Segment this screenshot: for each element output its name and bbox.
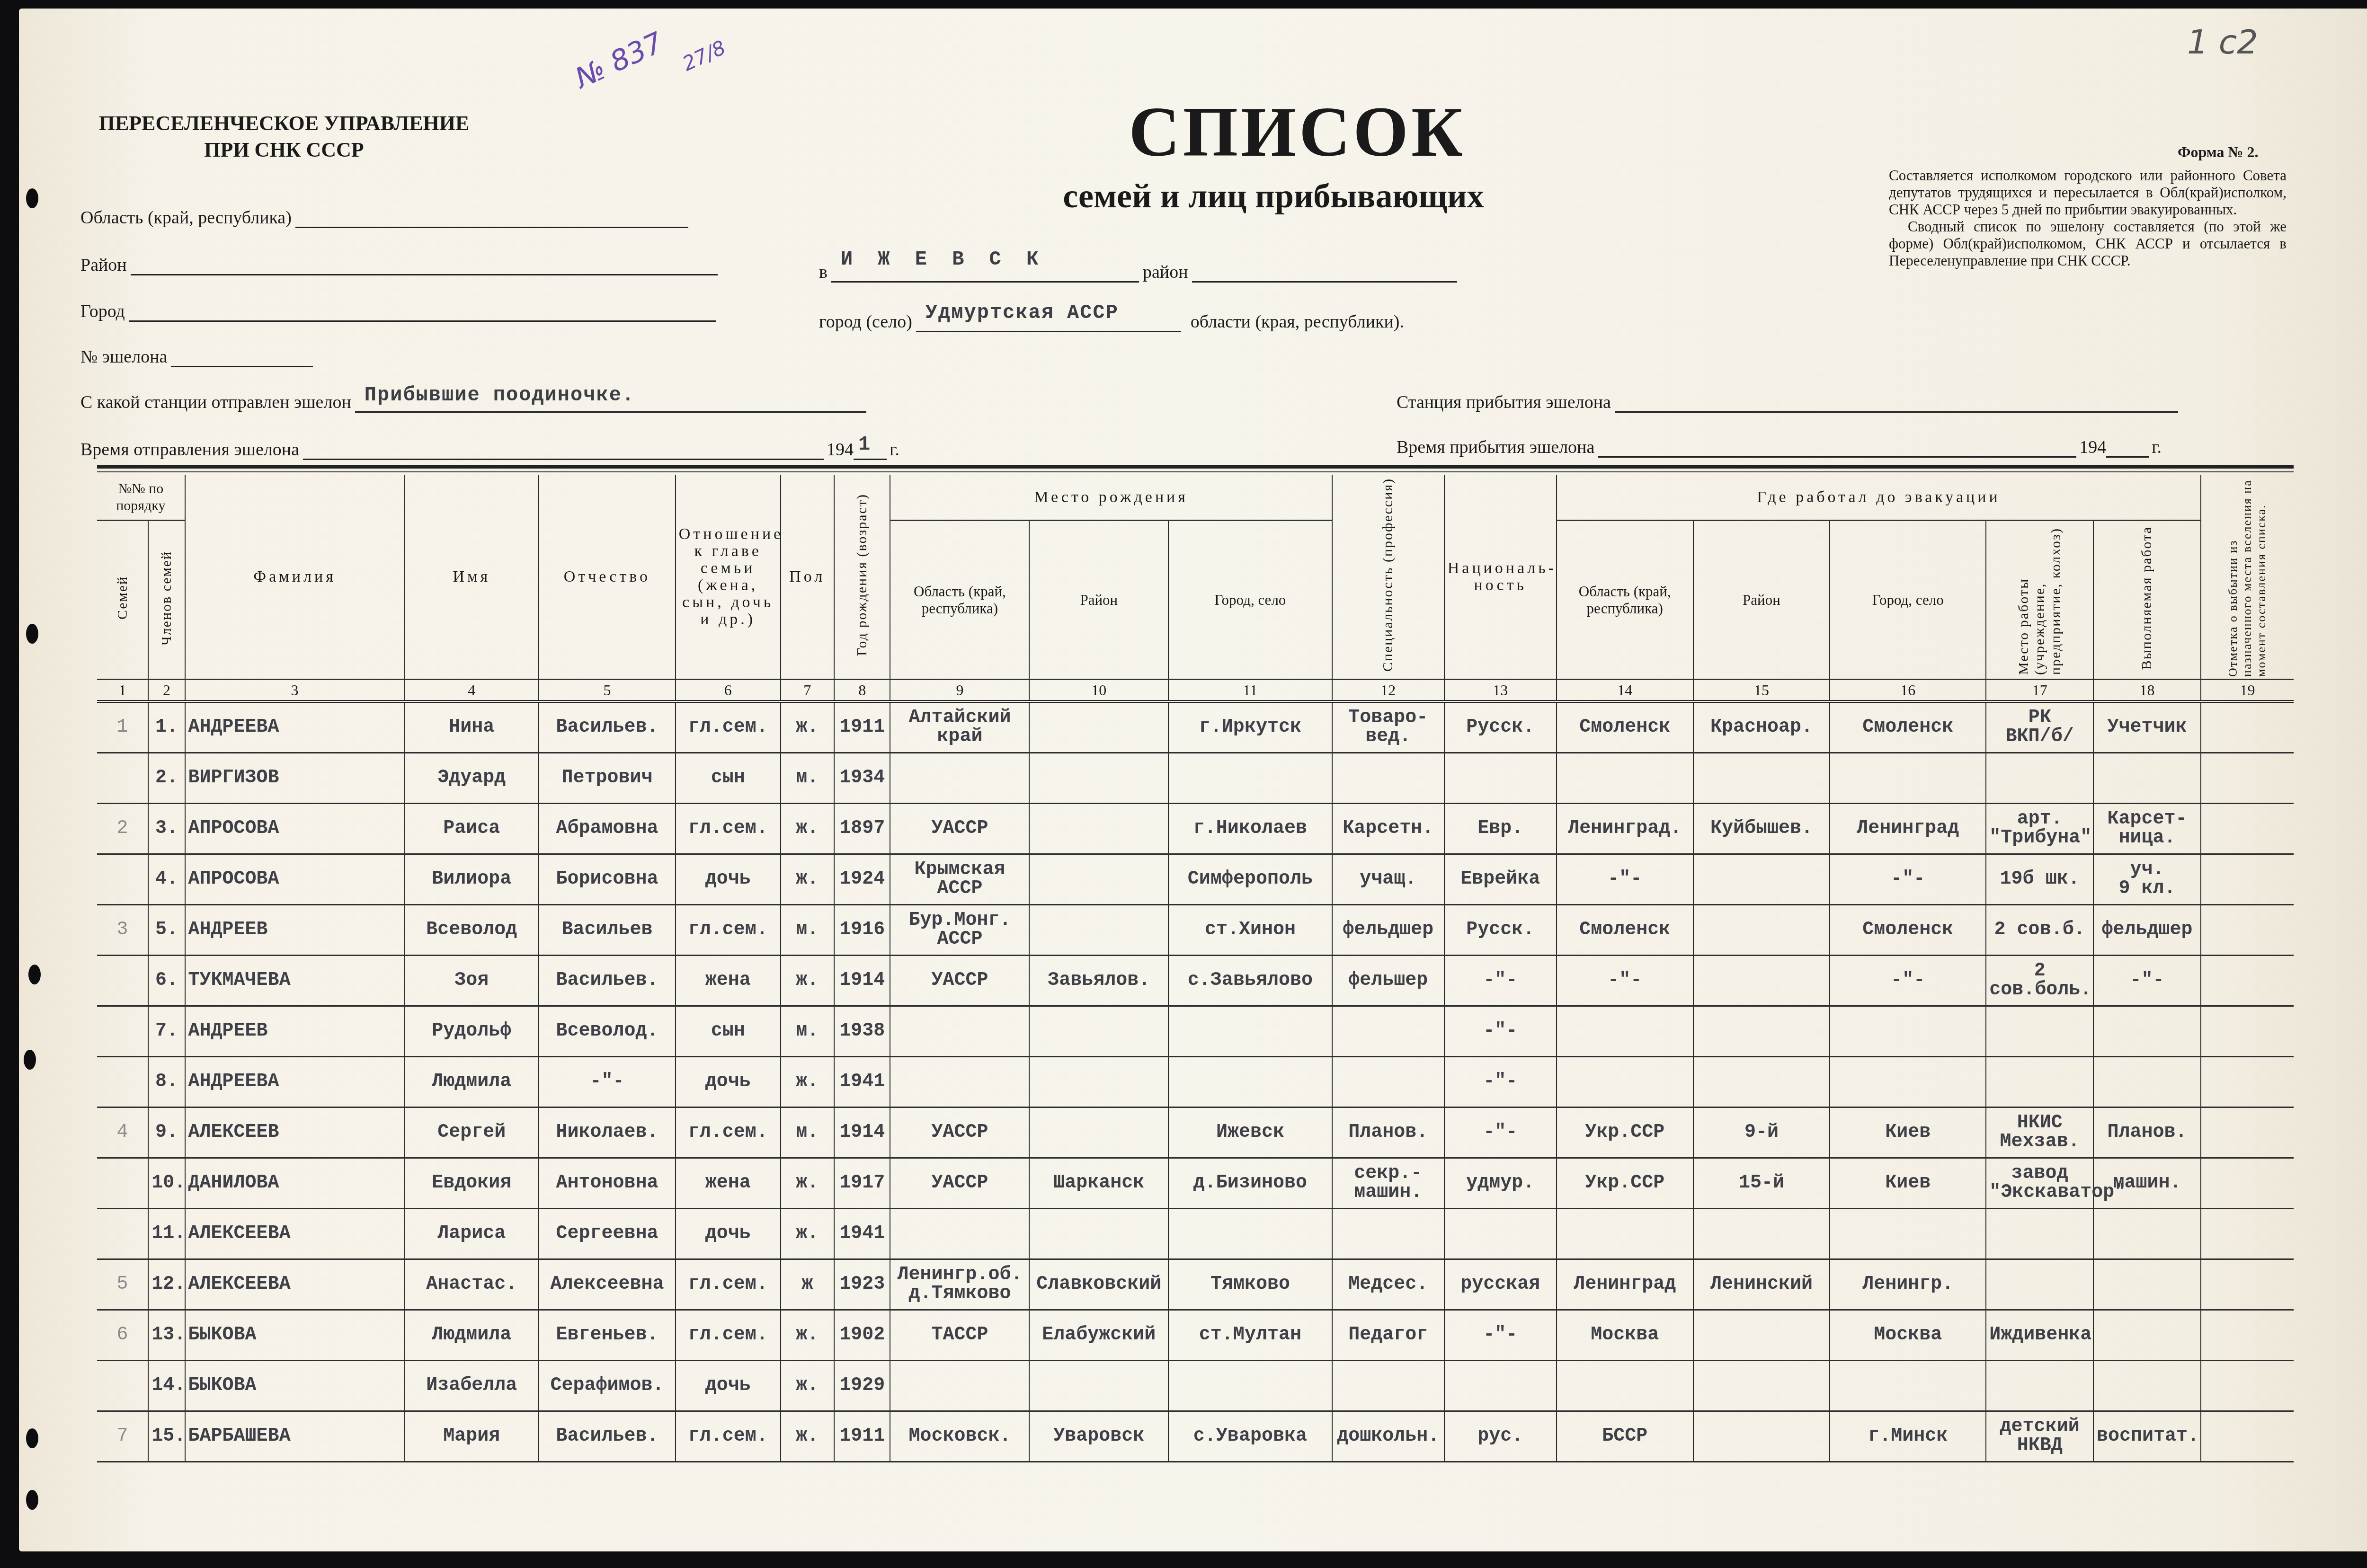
cell-birth-city: г.Николаев xyxy=(1168,804,1332,854)
cell-departure-note xyxy=(2201,701,2294,753)
cell-member-no: 10. xyxy=(148,1158,185,1209)
cell-birth-city: Ижевск xyxy=(1168,1107,1332,1158)
cell-job xyxy=(2093,1361,2201,1411)
cell-profession: дошкольн. xyxy=(1332,1411,1444,1462)
cell-work-city: Смоленск xyxy=(1830,905,1986,956)
cell-departure-note xyxy=(2201,1006,2294,1057)
cell-sex: ж. xyxy=(781,854,834,905)
cell-birth-year: 1902 xyxy=(834,1310,890,1361)
cell-relation: гл.сем. xyxy=(676,1107,781,1158)
field-arrival-time[interactable]: Время прибытия эшелона 194 г. xyxy=(1397,437,2162,458)
cell-work-city xyxy=(1830,1057,1986,1107)
cell-relation: гл.сем. xyxy=(676,1310,781,1361)
cell-work-oblast: -"- xyxy=(1557,854,1693,905)
table-row: 11.АЛЕКСЕЕВАЛарисаСергеевнадочьж.1941 xyxy=(97,1209,2294,1259)
cell-relation: гл.сем. xyxy=(676,804,781,854)
cell-birth-city: д.Бизиново xyxy=(1168,1158,1332,1209)
cell-sex: м. xyxy=(781,753,834,804)
cell-patronymic: Всеволод. xyxy=(539,1006,676,1057)
field-oblast-label: Область (край, республика) xyxy=(80,207,292,228)
form-instructions: Составляется исполкомом городского или р… xyxy=(1889,167,2287,269)
cell-profession xyxy=(1332,1057,1444,1107)
table-row: 4.АПРОСОВАВилиораБорисовнадочьж.1924Крым… xyxy=(97,854,2294,905)
cell-first-name: Раиса xyxy=(405,804,539,854)
cell-patronymic: Сергеевна xyxy=(539,1209,676,1259)
cell-workplace xyxy=(1986,1259,2093,1310)
cell-birth-oblast: Московск. xyxy=(890,1411,1029,1462)
cell-birth-city xyxy=(1168,1057,1332,1107)
cell-birth-year: 1914 xyxy=(834,956,890,1006)
cell-work-rayon xyxy=(1693,1057,1830,1107)
col-header-7: Пол xyxy=(781,475,834,680)
cell-departure-note xyxy=(2201,1411,2294,1462)
cell-work-oblast: Ленинград xyxy=(1557,1259,1693,1310)
field-oblast[interactable]: Область (край, республика) xyxy=(80,207,688,228)
table-row: 35.АНДРЕЕВВсеволодВасильевгл.сем.м.1916Б… xyxy=(97,905,2294,956)
cell-workplace xyxy=(1986,1361,2093,1411)
header-divider-thin xyxy=(97,471,2294,472)
cell-first-name: Евдокия xyxy=(405,1158,539,1209)
cell-member-no: 6. xyxy=(148,956,185,1006)
group-header-work: Где работал до эвакуации xyxy=(1557,475,2201,521)
cell-birth-year: 1911 xyxy=(834,701,890,753)
cell-birth-rayon: Завьялов. xyxy=(1029,956,1168,1006)
cell-job: Учетчик xyxy=(2093,701,2201,753)
form-sheet: ПЕРЕСЕЛЕНЧЕСКОЕ УПРАВЛЕНИЕ ПРИ СНК СССР … xyxy=(19,9,2367,1551)
cell-patronymic: Серафимов. xyxy=(539,1361,676,1411)
cell-sex: ж xyxy=(781,1259,834,1310)
cell-sex: м. xyxy=(781,905,834,956)
cell-patronymic: Васильев. xyxy=(539,701,676,753)
destination-region-value: Удмуртская АССР xyxy=(925,301,1119,324)
cell-surname: АНДРЕЕВА xyxy=(185,701,405,753)
cell-family-no xyxy=(97,956,148,1006)
cell-birth-year: 1914 xyxy=(834,1107,890,1158)
cell-birth-city xyxy=(1168,1361,1332,1411)
field-gorod-label: Город xyxy=(80,301,125,322)
cell-sex: ж. xyxy=(781,804,834,854)
cell-member-no: 14. xyxy=(148,1361,185,1411)
cell-workplace xyxy=(1986,1006,2093,1057)
field-destination-city[interactable]: в И Ж Е В С К район xyxy=(819,262,1457,283)
group-header-order: №№ по порядку xyxy=(97,475,185,521)
table-row: 10.ДАНИЛОВАЕвдокияАнтоновнаженаж.1917УАС… xyxy=(97,1158,2294,1209)
cell-family-no xyxy=(97,1158,148,1209)
cell-patronymic: Николаев. xyxy=(539,1107,676,1158)
cell-workplace: РК ВКП/б/ xyxy=(1986,701,2093,753)
cell-birth-rayon xyxy=(1029,804,1168,854)
cell-birth-city: ст.Хинон xyxy=(1168,905,1332,956)
cell-relation: гл.сем. xyxy=(676,1411,781,1462)
table-row: 7.АНДРЕЕВРудольфВсеволод.сынм.1938-"- xyxy=(97,1006,2294,1057)
cell-work-city xyxy=(1830,1209,1986,1259)
cell-work-oblast: Укр.ССР xyxy=(1557,1158,1693,1209)
cell-patronymic: Петрович xyxy=(539,753,676,804)
cell-birth-year: 1911 xyxy=(834,1411,890,1462)
cell-birth-oblast: УАССР xyxy=(890,804,1029,854)
column-number-row: 12 34 56 78 910 1112 1314 1516 1718 19 xyxy=(97,680,2294,702)
cell-birth-city xyxy=(1168,753,1332,804)
cell-work-rayon xyxy=(1693,1209,1830,1259)
cell-nationality xyxy=(1444,1209,1557,1259)
cell-birth-rayon: Уваровск xyxy=(1029,1411,1168,1462)
cell-job xyxy=(2093,753,2201,804)
cell-work-city: Ленингр. xyxy=(1830,1259,1986,1310)
cell-relation: сын xyxy=(676,753,781,804)
cell-nationality: удмур. xyxy=(1444,1158,1557,1209)
cell-nationality: -"- xyxy=(1444,1310,1557,1361)
cell-member-no: 5. xyxy=(148,905,185,956)
cell-family-no xyxy=(97,1361,148,1411)
cell-member-no: 2. xyxy=(148,753,185,804)
cell-work-oblast xyxy=(1557,1361,1693,1411)
cell-relation: жена xyxy=(676,956,781,1006)
cell-work-oblast xyxy=(1557,753,1693,804)
cell-work-rayon xyxy=(1693,1411,1830,1462)
cell-workplace: завод "Экскаватор" xyxy=(1986,1158,2093,1209)
cell-work-oblast: Укр.ССР xyxy=(1557,1107,1693,1158)
table-row: 8.АНДРЕЕВАЛюдмила-"-дочьж.1941-"- xyxy=(97,1057,2294,1107)
cell-departure-note xyxy=(2201,1259,2294,1310)
cell-patronymic: Антоновна xyxy=(539,1158,676,1209)
col-header-6: Отношение к главе семьи (жена, сын, дочь… xyxy=(676,475,781,680)
cell-sex: ж. xyxy=(781,1411,834,1462)
col-header-13: Националь-ность xyxy=(1444,475,1557,680)
col-header-5: Отчество xyxy=(539,475,676,680)
cell-birth-year: 1941 xyxy=(834,1057,890,1107)
cell-family-no: 4 xyxy=(97,1107,148,1158)
cell-first-name: Зоя xyxy=(405,956,539,1006)
cell-patronymic: Васильев. xyxy=(539,956,676,1006)
cell-nationality: -"- xyxy=(1444,1057,1557,1107)
cell-sex: ж. xyxy=(781,1057,834,1107)
cell-patronymic: Васильев xyxy=(539,905,676,956)
cell-nationality: Русск. xyxy=(1444,905,1557,956)
table-row: 2.ВИРГИЗОВЭдуардПетровичсынм.1934 xyxy=(97,753,2294,804)
cell-departure-note xyxy=(2201,1107,2294,1158)
cell-family-no xyxy=(97,1057,148,1107)
cell-work-city: Москва xyxy=(1830,1310,1986,1361)
cell-surname: БЫКОВА xyxy=(185,1361,405,1411)
cell-profession xyxy=(1332,753,1444,804)
cell-workplace xyxy=(1986,1209,2093,1259)
cell-member-no: 4. xyxy=(148,854,185,905)
cell-departure-note xyxy=(2201,1209,2294,1259)
cell-departure-note xyxy=(2201,956,2294,1006)
col-header-8: Год рождения (возраст) xyxy=(834,475,890,680)
cell-nationality: Евр. xyxy=(1444,804,1557,854)
cell-departure-note xyxy=(2201,905,2294,956)
cell-work-rayon: 9-й xyxy=(1693,1107,1830,1158)
cell-profession: Педагог xyxy=(1332,1310,1444,1361)
table-row: 14.БЫКОВАИзабеллаСерафимов.дочьж.1929 xyxy=(97,1361,2294,1411)
table-row: 6.ТУКМАЧЕВАЗояВасильев.женаж.1914УАССРЗа… xyxy=(97,956,2294,1006)
field-rayon-label: Район xyxy=(80,255,127,275)
organization-line-2: ПРИ СНК СССР xyxy=(71,137,497,163)
document-title: СПИСОК xyxy=(966,91,1628,173)
cell-workplace xyxy=(1986,753,2093,804)
cell-birth-oblast xyxy=(890,1209,1029,1259)
handwritten-date: 27/8 xyxy=(679,35,729,75)
cell-workplace: 2 сов.б. xyxy=(1986,905,2093,956)
document-subtitle: семей и лиц прибывающих xyxy=(871,177,1676,216)
cell-sex: ж. xyxy=(781,1209,834,1259)
cell-sex: ж. xyxy=(781,956,834,1006)
field-gorod[interactable]: Город xyxy=(80,301,716,322)
cell-birth-city: с.Уваровка xyxy=(1168,1411,1332,1462)
cell-birth-oblast: Ленингр.об. д.Тямково xyxy=(890,1259,1029,1310)
header-divider xyxy=(97,465,2294,469)
col-header-15: Район xyxy=(1693,521,1830,680)
col-header-19: Отметка о выбытии из назначенного места … xyxy=(2201,475,2294,680)
col-header-3: Фамилия xyxy=(185,475,405,680)
cell-relation: гл.сем. xyxy=(676,1259,781,1310)
organization-line-1: ПЕРЕСЕЛЕНЧЕСКОЕ УПРАВЛЕНИЕ xyxy=(71,110,497,137)
col-header-14: Область (край, республика) xyxy=(1557,521,1693,680)
table-row: 512.АЛЕКСЕЕВААнастас.Алексеевнагл.сем.ж1… xyxy=(97,1259,2294,1310)
cell-first-name: Рудольф xyxy=(405,1006,539,1057)
cell-work-rayon xyxy=(1693,1310,1830,1361)
cell-birth-oblast: Крымская АССР xyxy=(890,854,1029,905)
cell-patronymic: Абрамовна xyxy=(539,804,676,854)
cell-departure-note xyxy=(2201,1310,2294,1361)
cell-family-no: 2 xyxy=(97,804,148,854)
cell-profession xyxy=(1332,1361,1444,1411)
cell-relation: дочь xyxy=(676,854,781,905)
cell-workplace: детский НКВД xyxy=(1986,1411,2093,1462)
cell-family-no xyxy=(97,753,148,804)
field-departure-station[interactable]: С какой станции отправлен эшелон Прибывш… xyxy=(80,392,866,413)
cell-birth-rayon xyxy=(1029,1057,1168,1107)
cell-family-no xyxy=(97,1209,148,1259)
cell-job xyxy=(2093,1057,2201,1107)
cell-sex: м. xyxy=(781,1006,834,1057)
cell-job: воспитат. xyxy=(2093,1411,2201,1462)
cell-work-oblast xyxy=(1557,1057,1693,1107)
cell-nationality: -"- xyxy=(1444,956,1557,1006)
col-header-12: Специальность (профессия) xyxy=(1332,475,1444,680)
cell-first-name: Людмила xyxy=(405,1057,539,1107)
cell-sex: ж. xyxy=(781,1158,834,1209)
handwritten-corner-mark: 1 с2 xyxy=(2187,23,2258,62)
cell-job: Планов. xyxy=(2093,1107,2201,1158)
cell-workplace: арт. "Трибуна" xyxy=(1986,804,2093,854)
cell-work-rayon xyxy=(1693,905,1830,956)
table-row: 49.АЛЕКСЕЕВСергейНиколаев.гл.сем.м.1914У… xyxy=(97,1107,2294,1158)
cell-birth-rayon xyxy=(1029,905,1168,956)
cell-birth-year: 1897 xyxy=(834,804,890,854)
departure-station-value: Прибывшие поодиночке. xyxy=(365,384,635,407)
col-header-16: Город, село xyxy=(1830,521,1986,680)
cell-work-rayon: Красноар. xyxy=(1693,701,1830,753)
cell-profession: учащ. xyxy=(1332,854,1444,905)
cell-surname: АНДРЕЕВ xyxy=(185,1006,405,1057)
cell-patronymic: Васильев. xyxy=(539,1411,676,1462)
cell-workplace: 2 сов.боль. xyxy=(1986,956,2093,1006)
cell-member-no: 1. xyxy=(148,701,185,753)
cell-work-city xyxy=(1830,1361,1986,1411)
col-header-2: Членов семей xyxy=(148,521,185,680)
cell-birth-city xyxy=(1168,1006,1332,1057)
cell-first-name: Всеволод xyxy=(405,905,539,956)
cell-relation: дочь xyxy=(676,1361,781,1411)
cell-work-city: Ленинград xyxy=(1830,804,1986,854)
cell-member-no: 3. xyxy=(148,804,185,854)
col-header-11: Город, село xyxy=(1168,521,1332,680)
organization-header: ПЕРЕСЕЛЕНЧЕСКОЕ УПРАВЛЕНИЕ ПРИ СНК СССР xyxy=(71,110,497,163)
cell-work-city: Киев xyxy=(1830,1107,1986,1158)
cell-first-name: Изабелла xyxy=(405,1361,539,1411)
table-row: 11.АНДРЕЕВАНинаВасильев.гл.сем.ж.1911Алт… xyxy=(97,701,2294,753)
cell-family-no: 1 xyxy=(97,701,148,753)
cell-nationality xyxy=(1444,1361,1557,1411)
col-header-18: Выполняемая работа xyxy=(2093,521,2201,680)
cell-birth-year: 1941 xyxy=(834,1209,890,1259)
cell-profession xyxy=(1332,1006,1444,1057)
cell-work-oblast: Смоленск xyxy=(1557,701,1693,753)
cell-birth-oblast xyxy=(890,1057,1029,1107)
cell-relation: сын xyxy=(676,1006,781,1057)
cell-work-city: Смоленск xyxy=(1830,701,1986,753)
cell-departure-note xyxy=(2201,804,2294,854)
cell-birth-rayon: Елабужский xyxy=(1029,1310,1168,1361)
table-body: 11.АНДРЕЕВАНинаВасильев.гл.сем.ж.1911Алт… xyxy=(97,701,2294,1462)
cell-workplace: НКИС Мехзав. xyxy=(1986,1107,2093,1158)
cell-nationality: Еврейка xyxy=(1444,854,1557,905)
field-destination-region[interactable]: город (село) Удмуртская АССР области (кр… xyxy=(819,311,1404,332)
departure-year-value: 1 xyxy=(858,433,871,456)
cell-birth-year: 1929 xyxy=(834,1361,890,1411)
cell-birth-rayon xyxy=(1029,854,1168,905)
cell-work-city: г.Минск xyxy=(1830,1411,1986,1462)
cell-member-no: 7. xyxy=(148,1006,185,1057)
cell-birth-rayon: Шарканск xyxy=(1029,1158,1168,1209)
field-rayon[interactable]: Район xyxy=(80,255,718,275)
cell-birth-rayon: Славковский xyxy=(1029,1259,1168,1310)
cell-work-rayon xyxy=(1693,854,1830,905)
cell-birth-rayon xyxy=(1029,1107,1168,1158)
cell-nationality: -"- xyxy=(1444,1107,1557,1158)
cell-surname: АПРОСОВА xyxy=(185,804,405,854)
cell-work-city xyxy=(1830,753,1986,804)
cell-nationality xyxy=(1444,753,1557,804)
col-header-10: Район xyxy=(1029,521,1168,680)
cell-work-rayon xyxy=(1693,753,1830,804)
cell-surname: АПРОСОВА xyxy=(185,854,405,905)
cell-profession: секр.- машин. xyxy=(1332,1158,1444,1209)
cell-birth-city: ст.Мултан xyxy=(1168,1310,1332,1361)
cell-workplace xyxy=(1986,1057,2093,1107)
cell-work-oblast xyxy=(1557,1209,1693,1259)
cell-birth-rayon xyxy=(1029,753,1168,804)
cell-work-rayon xyxy=(1693,956,1830,1006)
cell-birth-oblast: Бур.Монг. АССР xyxy=(890,905,1029,956)
cell-relation: гл.сем. xyxy=(676,701,781,753)
cell-work-rayon xyxy=(1693,1361,1830,1411)
cell-birth-year: 1924 xyxy=(834,854,890,905)
cell-job: Карсет- ница. xyxy=(2093,804,2201,854)
cell-patronymic: Алексеевна xyxy=(539,1259,676,1310)
cell-birth-oblast xyxy=(890,753,1029,804)
cell-first-name: Нина xyxy=(405,701,539,753)
table-row: 23.АПРОСОВАРаисаАбрамовнагл.сем.ж.1897УА… xyxy=(97,804,2294,854)
cell-nationality: -"- xyxy=(1444,1006,1557,1057)
cell-birth-oblast: УАССР xyxy=(890,956,1029,1006)
cell-birth-city xyxy=(1168,1209,1332,1259)
cell-profession: фельдшер xyxy=(1332,905,1444,956)
cell-member-no: 13. xyxy=(148,1310,185,1361)
cell-sex: м. xyxy=(781,1107,834,1158)
cell-departure-note xyxy=(2201,1057,2294,1107)
cell-birth-oblast xyxy=(890,1361,1029,1411)
cell-nationality: Русск. xyxy=(1444,701,1557,753)
cell-birth-year: 1938 xyxy=(834,1006,890,1057)
cell-nationality: рус. xyxy=(1444,1411,1557,1462)
cell-family-no: 5 xyxy=(97,1259,148,1310)
cell-member-no: 12. xyxy=(148,1259,185,1310)
cell-first-name: Сергей xyxy=(405,1107,539,1158)
cell-work-oblast xyxy=(1557,1006,1693,1057)
cell-birth-rayon xyxy=(1029,1361,1168,1411)
field-departure-time[interactable]: Время отправления эшелона 194 1 г. xyxy=(80,439,899,460)
cell-first-name: Людмила xyxy=(405,1310,539,1361)
cell-birth-year: 1917 xyxy=(834,1158,890,1209)
cell-surname: АНДРЕЕВА xyxy=(185,1057,405,1107)
cell-patronymic: Борисовна xyxy=(539,854,676,905)
cell-first-name: Вилиора xyxy=(405,854,539,905)
cell-relation: дочь xyxy=(676,1057,781,1107)
cell-departure-note xyxy=(2201,854,2294,905)
cell-first-name: Эдуард xyxy=(405,753,539,804)
cell-job: фельдшер xyxy=(2093,905,2201,956)
cell-birth-city: Тямково xyxy=(1168,1259,1332,1310)
cell-work-city xyxy=(1830,1006,1986,1057)
cell-job xyxy=(2093,1310,2201,1361)
cell-profession xyxy=(1332,1209,1444,1259)
cell-work-oblast: БССР xyxy=(1557,1411,1693,1462)
cell-birth-oblast xyxy=(890,1006,1029,1057)
cell-profession: Товаро- вед. xyxy=(1332,701,1444,753)
cell-birth-rayon xyxy=(1029,1006,1168,1057)
cell-birth-oblast: УАССР xyxy=(890,1158,1029,1209)
field-arrival-station[interactable]: Станция прибытия эшелона xyxy=(1397,392,2178,413)
field-echelon-number[interactable]: № эшелона xyxy=(80,346,313,367)
cell-birth-oblast: Алтайский край xyxy=(890,701,1029,753)
cell-surname: ТУКМАЧЕВА xyxy=(185,956,405,1006)
cell-birth-oblast: ТАССР xyxy=(890,1310,1029,1361)
cell-job xyxy=(2093,1006,2201,1057)
col-header-9: Область (край, республика) xyxy=(890,521,1029,680)
cell-work-oblast: Москва xyxy=(1557,1310,1693,1361)
cell-workplace: 19б шк. xyxy=(1986,854,2093,905)
cell-work-oblast: Ленинград. xyxy=(1557,804,1693,854)
cell-surname: БЫКОВА xyxy=(185,1310,405,1361)
cell-birth-year: 1916 xyxy=(834,905,890,956)
cell-work-city: -"- xyxy=(1830,854,1986,905)
cell-family-no: 3 xyxy=(97,905,148,956)
cell-profession: Планов. xyxy=(1332,1107,1444,1158)
col-header-17: Место работы (учреждение, предприятие, к… xyxy=(1986,521,2093,680)
cell-family-no: 7 xyxy=(97,1411,148,1462)
cell-job xyxy=(2093,1209,2201,1259)
cell-relation: жена xyxy=(676,1158,781,1209)
cell-patronymic: -"- xyxy=(539,1057,676,1107)
instruction-paragraph-1: Составляется исполкомом городского или р… xyxy=(1889,167,2287,218)
cell-sex: ж. xyxy=(781,1361,834,1411)
table-row: 715.БАРБАШЕВАМарияВасильев.гл.сем.ж.1911… xyxy=(97,1411,2294,1462)
cell-birth-rayon xyxy=(1029,1209,1168,1259)
cell-surname: ВИРГИЗОВ xyxy=(185,753,405,804)
